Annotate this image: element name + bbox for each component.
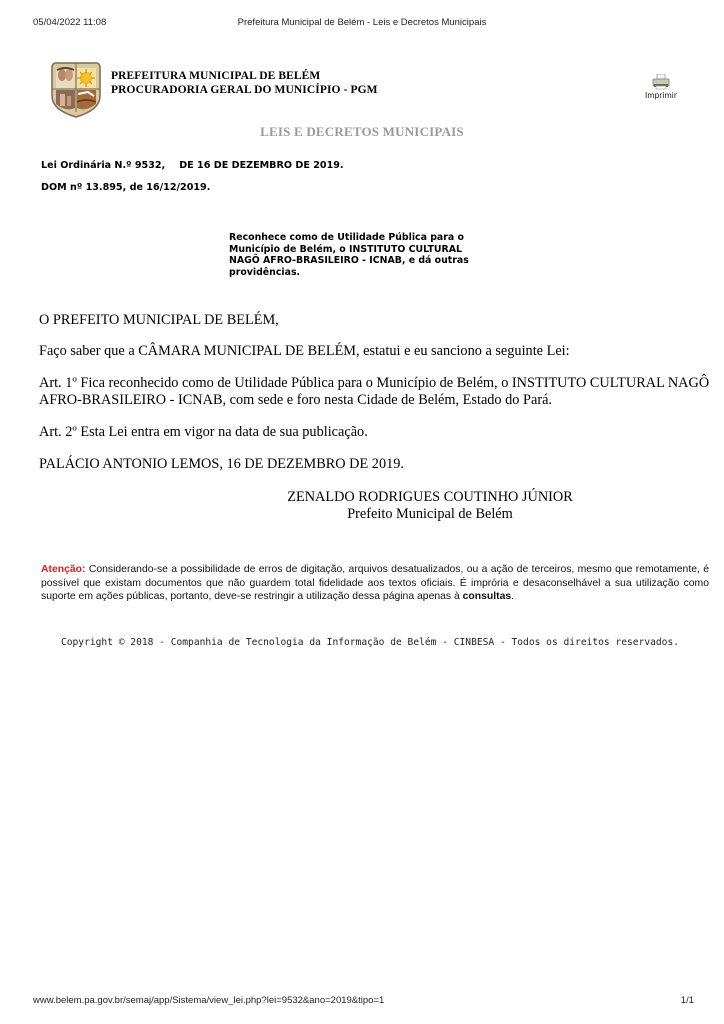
law-summary: Reconhece como de Utilidade Pública para… bbox=[229, 232, 489, 278]
signatory-title: Prefeito Municipal de Belém bbox=[180, 506, 680, 523]
article-2: Art. 2º Esta Lei entra em vigor na data … bbox=[39, 424, 719, 441]
organization-name: PREFEITURA MUNICIPAL DE BELÉM PROCURADOR… bbox=[111, 70, 378, 97]
print-page-title: Prefeitura Municipal de Belém - Leis e D… bbox=[0, 17, 724, 28]
signature-block: ZENALDO RODRIGUES COUTINHO JÚNIOR Prefei… bbox=[180, 489, 680, 523]
page-header: PREFEITURA MUNICIPAL DE BELÉM PROCURADOR… bbox=[48, 60, 688, 118]
notice-text: Considerando-se a possibilidade de erros… bbox=[41, 564, 709, 602]
place-and-date: PALÁCIO ANTONIO LEMOS, 16 DE DEZEMBRO DE… bbox=[39, 456, 719, 473]
preamble: O PREFEITO MUNICIPAL DE BELÉM, bbox=[39, 312, 719, 329]
enactment-clause: Faço saber que a CÂMARA MUNICIPAL DE BEL… bbox=[39, 343, 719, 360]
law-number-text: Lei Ordinária N.º 9532, bbox=[41, 160, 165, 171]
copyright-notice: Copyright © 2018 - Companhia de Tecnolog… bbox=[40, 637, 700, 649]
printer-icon bbox=[652, 74, 670, 90]
signatory-name: ZENALDO RODRIGUES COUTINHO JÚNIOR bbox=[180, 489, 680, 506]
notice-emphasis: consultas bbox=[463, 591, 512, 602]
page-number: 1/1 bbox=[681, 995, 694, 1006]
coat-of-arms-icon bbox=[48, 60, 104, 118]
article-1: Art. 1º Fica reconhecido como de Utilida… bbox=[39, 375, 719, 409]
org-line-prefeitura: PREFEITURA MUNICIPAL DE BELÉM bbox=[111, 70, 378, 84]
disclaimer-notice: Atenção: Considerando-se a possibilidade… bbox=[41, 563, 709, 604]
org-line-pgm: PROCURADORIA GERAL DO MUNICÍPIO - PGM bbox=[111, 84, 378, 98]
law-date-text: DE 16 DE DEZEMBRO DE 2019. bbox=[179, 160, 343, 171]
print-header: 05/04/2022 11:08 Prefeitura Municipal de… bbox=[0, 17, 724, 31]
notice-end: . bbox=[511, 591, 514, 602]
section-title: LEIS E DECRETOS MUNICIPAIS bbox=[0, 124, 724, 140]
print-button-label: Imprimir bbox=[640, 91, 682, 100]
dom-reference: DOM nº 13.895, de 16/12/2019. bbox=[41, 182, 210, 193]
print-footer: www.belem.pa.gov.br/semaj/app/Sistema/vi… bbox=[0, 995, 724, 1009]
law-number: Lei Ordinária N.º 9532,DE 16 DE DEZEMBRO… bbox=[41, 160, 344, 171]
notice-label: Atenção: bbox=[41, 564, 85, 575]
print-button[interactable]: Imprimir bbox=[640, 74, 682, 104]
page-url: www.belem.pa.gov.br/semaj/app/Sistema/vi… bbox=[33, 995, 384, 1006]
